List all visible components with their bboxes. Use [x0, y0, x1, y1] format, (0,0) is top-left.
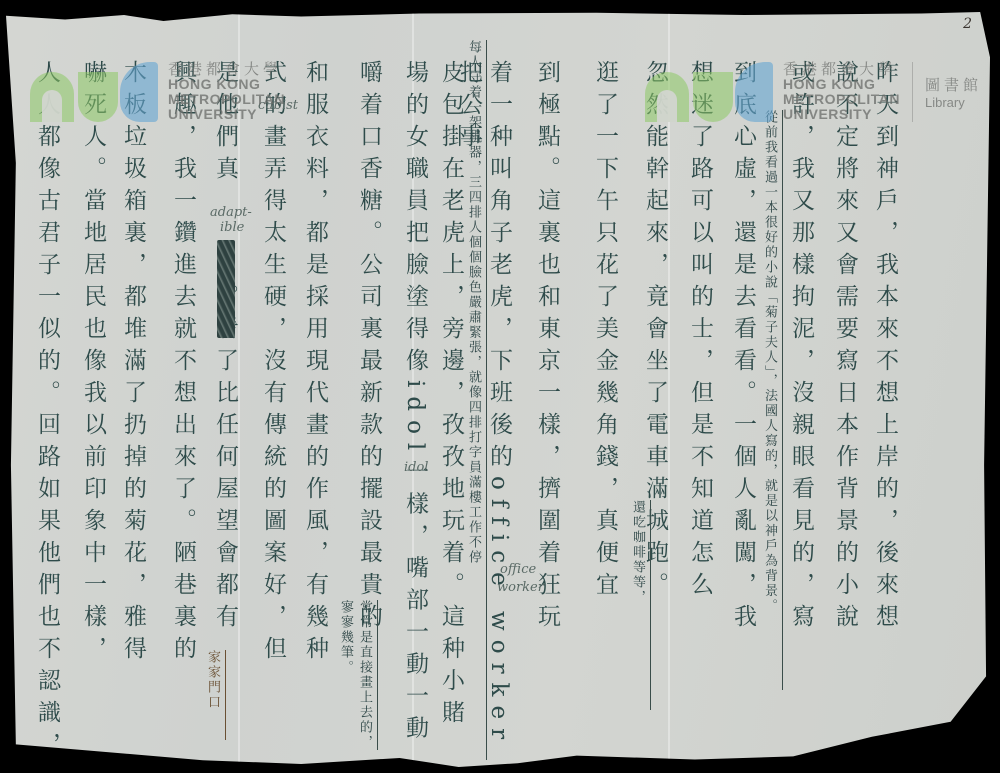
manuscript-column: 場的女職員把臉塗得像idol一樣，嘴部一動一動 — [400, 60, 430, 747]
manuscript-column: 和服衣料，都是採用現代畫的作風，有幾种 — [300, 60, 330, 668]
margin-note-adaptable: adapt- — [210, 205, 252, 220]
manuscript-column: 到底心虛，還是去看看。一個人亂闖，我 — [728, 60, 758, 636]
manuscript-column: 想迷了路可以叫的士，但是不知道怎么 — [685, 60, 715, 604]
manuscript-column: 式的畫弄得太生硬，沒有傳統的圖案好，但 — [258, 60, 288, 668]
manuscript-column: 皮包掛在老虎上，旁邊，孜孜地玩着。這种小賭 — [436, 60, 466, 732]
margin-note-worker: worker — [497, 580, 544, 595]
manuscript-column: 說不定將來又會需要寫日本作背景的小說 — [830, 60, 860, 636]
manuscript-column: 木板垃圾箱裏，都堆滿了扔掉的菊花，雅得 — [118, 60, 148, 668]
manuscript-column: 嚇死人。當地居民也像我以前印象中一樣， — [78, 60, 108, 668]
manuscript-column: 人人都像古君子一似的。回路如果他們也不認識， — [32, 60, 62, 764]
ink-correction-blot — [217, 240, 235, 338]
manuscript-column: 興趣，我一鑽進去就不想出來了。陋巷裏的 — [168, 60, 198, 668]
page-number: 2 — [963, 16, 972, 32]
insertion-note: 從前我看過一本很好的小說「菊子夫人」，法國人寫的，就是以神戶為背景。 — [760, 110, 783, 690]
insertion-note: 常常是直接畫上去的，寥寥幾筆。 — [336, 600, 378, 750]
manuscript-column: 嚼着口香糖。公司裏最新款的擺設最貴的 — [354, 60, 384, 636]
manuscript-column: 或許，我又那樣拘泥，沒親眼看見的，寫 — [786, 60, 816, 636]
manuscript-column: 着一种叫角子老虎，下班後的office worker把公事 — [484, 60, 514, 773]
margin-note-idol: idol — [404, 460, 428, 475]
insertion-note: 還吃咖啡等等， — [628, 500, 651, 710]
insertion-note: 家家門口 — [203, 650, 226, 740]
margin-note-adaptable: ible — [220, 220, 244, 235]
manuscript-column: 是他們真 。看了比任何屋望會都有 — [210, 60, 240, 636]
margin-note-office: office — [500, 562, 536, 577]
manuscript-column: 到極點。這裏也和東京一樣，擠圍着狂玩 — [532, 60, 562, 636]
manuscript-column: 逛了一下午只花了美金幾角錢，真便宜 — [590, 60, 620, 604]
insertion-note: 每人守着一架机器，三四排人個個臉色嚴肅緊張，就像四排打字員滿樓工作不停 — [464, 40, 487, 760]
manuscript-column: 昨天到神戶，我本來不想上岸的，後來想 — [870, 60, 900, 636]
margin-note-cubist: cubist — [258, 98, 298, 113]
